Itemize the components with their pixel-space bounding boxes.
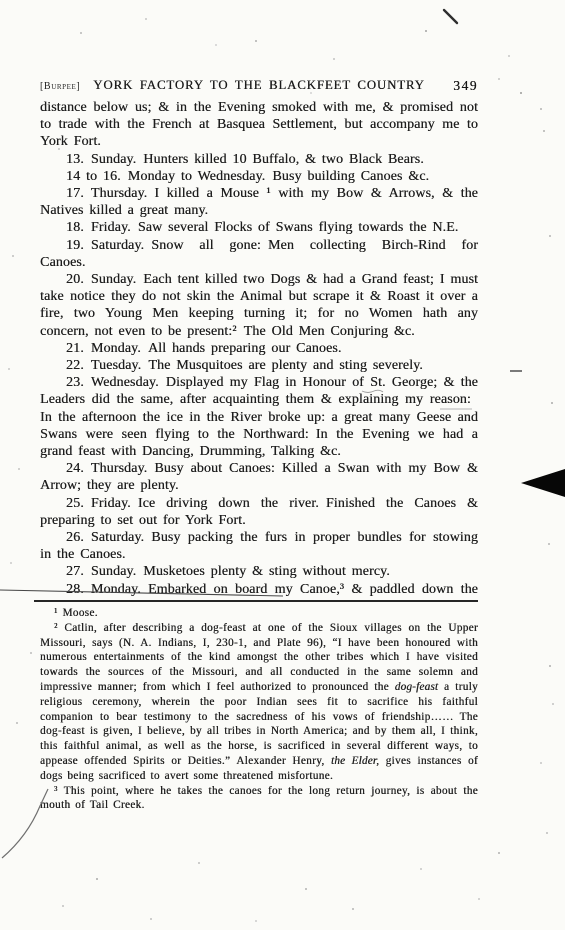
- entry-14-16: 14 to 16. Monday to Wednesday. Busy buil…: [40, 168, 478, 185]
- footnote-rule: [34, 600, 478, 602]
- page-number: 349: [453, 78, 478, 94]
- entry-27: 27. Sunday. Musketoes plenty & sting wit…: [40, 563, 478, 580]
- scanned-book-page: [Burpee] YORK FACTORY TO THE BLACKFEET C…: [0, 0, 565, 930]
- footnote-1: ¹ Moose.: [40, 606, 478, 621]
- entry-24: 24. Thursday. Busy about Canoes: Killed …: [40, 460, 478, 494]
- entry-22: 22. Tuesday. The Musquitoes are plenty a…: [40, 357, 478, 374]
- paper-speckles: [0, 0, 2, 2]
- entry-28: 28. Monday. Embarked on board my Canoe,³…: [40, 581, 478, 598]
- ink-tick-top-right: [444, 10, 457, 23]
- entry-23: 23. Wednesday. Displayed my Flag in Hono…: [40, 374, 478, 460]
- footnote-2: ² Catlin, after describing a dog-feast a…: [40, 621, 478, 784]
- entry-19: 19. Saturday. Snow all gone: Men collect…: [40, 237, 478, 271]
- entry-17: 17. Thursday. I killed a Mouse ¹ with my…: [40, 185, 478, 219]
- continuation-paragraph: distance below us; & in the Evening smok…: [40, 99, 478, 151]
- footnotes-section: ¹ Moose. ² Catlin, after describing a do…: [40, 606, 478, 813]
- entry-21: 21. Monday. All hands preparing our Cano…: [40, 340, 478, 357]
- italic-dog-feast: dog-feast: [395, 681, 438, 693]
- running-title: YORK FACTORY TO THE BLACKFEET COUNTRY: [40, 78, 478, 93]
- italic-the-elder: the Elder,: [331, 755, 379, 767]
- entry-25: 25. Friday. Ice driving down the river. …: [40, 495, 478, 529]
- entry-20: 20. Sunday. Each tent killed two Dogs & …: [40, 271, 478, 340]
- entry-26: 26. Saturday. Busy packing the furs in p…: [40, 529, 478, 563]
- page-header: [Burpee] YORK FACTORY TO THE BLACKFEET C…: [40, 78, 478, 96]
- margin-arrow-marker: [521, 469, 565, 497]
- entry-13: 13. Sunday. Hunters killed 10 Buffalo, &…: [40, 151, 478, 168]
- footnote-3: ³ This point, where he takes the canoes …: [40, 784, 478, 814]
- entry-18: 18. Friday. Saw several Flocks of Swans …: [40, 219, 478, 236]
- journal-body: distance below us; & in the Evening smok…: [40, 99, 478, 598]
